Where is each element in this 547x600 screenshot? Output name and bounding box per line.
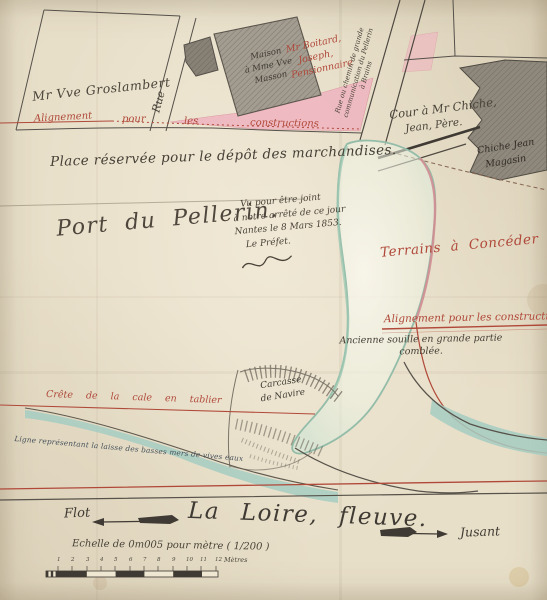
scale-tick-4: 4 <box>100 557 104 564</box>
scale-tick-5: 5 <box>114 557 118 564</box>
stain <box>509 567 529 587</box>
alignment-word-3: les <box>184 116 198 129</box>
scale-tick-9: 9 <box>172 557 176 564</box>
crete-red-line <box>0 405 315 414</box>
scale-bar <box>46 566 218 577</box>
right-bank-band <box>404 362 547 456</box>
scale-tick-10: 10 <box>186 557 193 564</box>
label-jusant: Jusant <box>460 523 501 540</box>
scale-tick-6: 6 <box>129 557 133 564</box>
scale-tick-3: 3 <box>86 557 90 564</box>
scanned-plan-sheet: Mr Vve Groslambert Rue Maison à Mme Vve … <box>0 0 547 600</box>
scale-tick-2: 2 <box>71 557 75 564</box>
label-flot: Flot <box>64 506 91 523</box>
scale-tick-7: 7 <box>143 557 147 564</box>
scale-tick-8: 8 <box>157 557 161 564</box>
scale-tick-11: 11 <box>200 557 207 564</box>
alignment-word-2: pour <box>122 114 146 127</box>
approval-note: Vu pour être joint à notre arrêté de ce … <box>232 189 356 253</box>
scale-tick-1: 1 <box>57 557 61 564</box>
signature-scrawl <box>242 255 293 268</box>
flot-arrow <box>92 515 179 526</box>
scale-unit: Mètres <box>224 556 247 564</box>
alignment-word-4: constructions <box>250 117 319 131</box>
stain <box>93 576 107 590</box>
bank-sweep <box>295 448 478 493</box>
note-ancienne-souille: Ancienne souille en grande partie comblé… <box>326 332 516 359</box>
scale-tick-12: 12 <box>215 557 222 564</box>
